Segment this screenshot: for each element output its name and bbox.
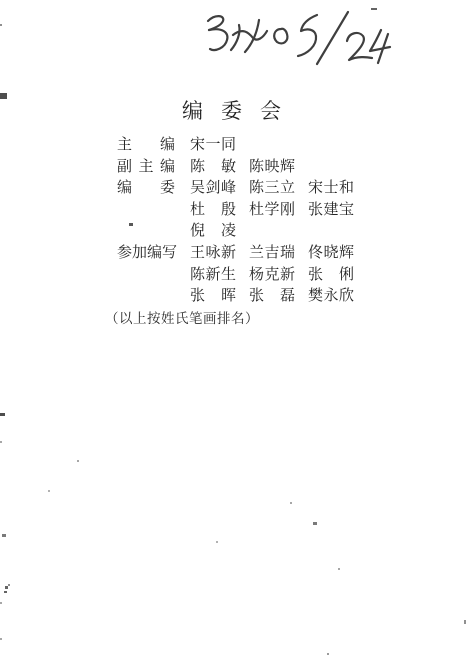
member-name: 倪凌 xyxy=(190,222,236,240)
ink-speck xyxy=(0,602,2,604)
member-name: 杜殷 xyxy=(190,201,236,219)
ink-speck xyxy=(290,502,292,504)
member-name: 陈新生 xyxy=(190,266,236,284)
scanned-book-page: 编委会 主编 宋一同 副主编 陈敏 陈映辉 编委 吴剑峰 陈三立 宋士和 杜殷 … xyxy=(0,0,466,672)
ink-speck xyxy=(313,522,317,525)
ink-speck xyxy=(2,534,6,537)
committee-list: 主编 宋一同 副主编 陈敏 陈映辉 编委 吴剑峰 陈三立 宋士和 杜殷 杜学刚 … xyxy=(117,136,367,327)
member-name: 陈三立 xyxy=(249,179,295,197)
member-name: 张磊 xyxy=(249,287,295,305)
committee-row-members-1: 编委 吴剑峰 陈三立 宋士和 xyxy=(117,179,367,201)
committee-row-chief-editor: 主编 宋一同 xyxy=(117,136,367,158)
role-label: 副主编 xyxy=(117,158,175,176)
member-name: 宋士和 xyxy=(308,179,354,197)
member-name: 张俐 xyxy=(308,266,354,284)
member-name: 王咏新 xyxy=(190,244,236,262)
member-name: 宋一同 xyxy=(190,136,236,154)
ink-speck xyxy=(0,93,7,99)
handwritten-note xyxy=(195,5,405,67)
ink-speck xyxy=(0,413,5,416)
member-name: 张建宝 xyxy=(308,201,354,219)
page-title: 编委会 xyxy=(182,95,299,125)
ink-speck xyxy=(327,653,329,655)
ink-speck xyxy=(129,223,133,226)
member-name: 陈映辉 xyxy=(249,158,295,176)
role-label: 主编 xyxy=(117,136,175,154)
ink-speck xyxy=(5,586,8,589)
committee-row-contributors-1: 参加编写 王咏新 兰吉瑞 佟晓辉 xyxy=(117,244,367,266)
member-name: 佟晓辉 xyxy=(308,244,354,262)
ink-speck xyxy=(216,541,218,543)
member-name: 张晖 xyxy=(190,287,236,305)
committee-row-members-2: 杜殷 杜学刚 张建宝 xyxy=(117,201,367,223)
ink-speck xyxy=(338,568,340,570)
ink-speck xyxy=(4,591,7,593)
committee-row-contributors-2: 陈新生 杨克新 张俐 xyxy=(117,266,367,288)
ink-speck xyxy=(8,584,10,586)
committee-row-contributors-3: 张晖 张磊 樊永欣 xyxy=(117,287,367,309)
member-name: 吴剑峰 xyxy=(190,179,236,197)
ink-speck xyxy=(371,8,377,10)
ink-speck xyxy=(0,441,2,443)
member-name: 兰吉瑞 xyxy=(249,244,295,262)
committee-row-deputy-editors: 副主编 陈敏 陈映辉 xyxy=(117,158,367,180)
ink-speck xyxy=(0,24,2,26)
member-name: 杜学刚 xyxy=(249,201,295,219)
member-name: 杨克新 xyxy=(249,266,295,284)
ink-speck xyxy=(77,460,79,462)
role-label: 编委 xyxy=(117,179,175,197)
role-label: 参加编写 xyxy=(117,244,175,262)
member-name: 樊永欣 xyxy=(308,287,354,305)
committee-row-members-3: 倪凌 xyxy=(117,222,367,244)
member-name: 陈敏 xyxy=(190,158,236,176)
ink-speck xyxy=(48,490,50,492)
sort-order-footnote: （以上按姓氏笔画排名） xyxy=(105,307,367,327)
ink-speck xyxy=(0,638,2,640)
